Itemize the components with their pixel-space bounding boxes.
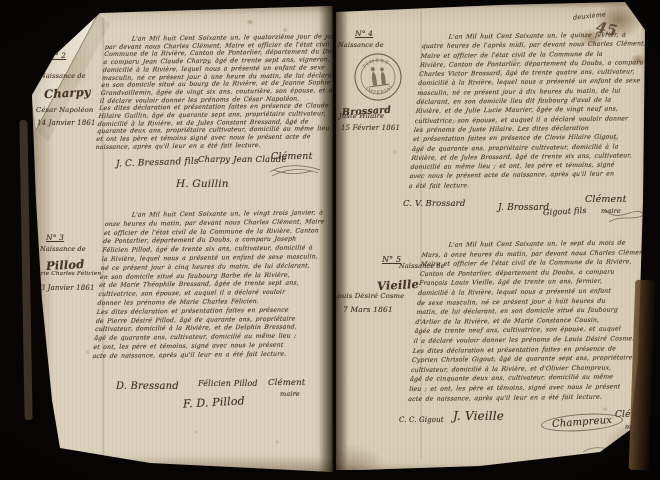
text-line: acte de naissance, après qu'il leur en a… <box>408 392 629 404</box>
signature: H. Guillin <box>176 178 229 190</box>
signature: Félicien Pillod <box>198 379 258 388</box>
act5-body-text: L'an Mil huit Cent Soixante un, le sept … <box>408 238 643 404</box>
left-page: 3 N° 2 Naissance de Charpy César Napoléo… <box>28 4 334 474</box>
page-stack-edge <box>19 120 32 420</box>
signature: J. Brossard <box>498 203 549 213</box>
official-stamp: TIMBRE IMPÉRIAL <box>350 49 406 105</box>
pencil-folio: 3 <box>66 18 71 26</box>
act4-given-names: Juste Hilaire <box>339 112 384 120</box>
act-number: N° 4 <box>355 29 373 38</box>
act4-date: 15 Février 1861 <box>341 124 400 132</box>
signature: Clément <box>271 151 313 162</box>
signature: J. Vieille <box>453 409 504 423</box>
act4-body-text: L'an Mil huit Cent Soixante un, le quinz… <box>408 30 643 191</box>
act3-type-label: Naissance de <box>40 245 86 253</box>
act4-number: N° 4 <box>355 21 373 40</box>
act2-type-label: Naissance de <box>40 72 86 80</box>
mayor-title: maire <box>280 390 300 398</box>
stamp-figures <box>367 65 390 87</box>
act4-type-label: Naissance de <box>338 41 384 49</box>
surname-text: Charpy <box>44 85 91 101</box>
act2-surname: Charpy <box>44 82 91 101</box>
act2-number: N° 2 <box>48 43 66 62</box>
text-line: naissance, après qu'il leur en a été fai… <box>95 141 318 151</box>
act2-body-text: L'an Mil huit Cent Soixante un, le quato… <box>95 33 328 151</box>
act3-number: N° 3 <box>46 225 64 244</box>
signature: C. V. Brossard <box>403 199 465 209</box>
signature: C. C. Gigout <box>399 416 444 424</box>
text-line: acte de naissance, après qu'il leur en a… <box>92 350 315 362</box>
signature: Champreux <box>541 414 623 431</box>
signature: D. Bressand <box>116 381 179 392</box>
act-number: N° 2 <box>48 51 66 60</box>
mayor-title: maire <box>601 207 621 215</box>
signature: Gigout fils <box>543 206 587 217</box>
act5-given-names: Louis Désiré Cosme <box>333 292 404 300</box>
register-photo: 3 N° 2 Naissance de Charpy César Napoléo… <box>0 0 660 480</box>
right-page: deuxième 45 N° 4 Naissance de TIMBRE IMP… <box>333 0 655 478</box>
act3-body-text: L'an Mil huit Cent Soixante un, le vingt… <box>92 209 328 361</box>
signature-oval-flourish: Champreux <box>541 411 624 434</box>
act-number: N° 3 <box>46 233 64 242</box>
act2-date: 14 Janvier 1861 <box>37 119 96 127</box>
act3-date: 23 Janvier 1861 <box>36 284 95 292</box>
signature: F. D. Pillod <box>183 394 245 410</box>
text-line: a été fait lecture. <box>408 179 629 191</box>
signature: J. C. Bressand fils <box>116 157 199 170</box>
act2-given-names: César Napoléon <box>36 106 93 114</box>
signature: Clément <box>585 194 627 205</box>
act5-surname: Vieille <box>377 274 419 293</box>
surname-text: Vieille <box>377 277 420 293</box>
act3-given-names: Marie Charles Félicien <box>31 271 101 277</box>
act5-date: 7 Mars 1861 <box>343 305 393 314</box>
signature: Clément <box>268 378 305 388</box>
ink-flourish <box>583 446 635 452</box>
